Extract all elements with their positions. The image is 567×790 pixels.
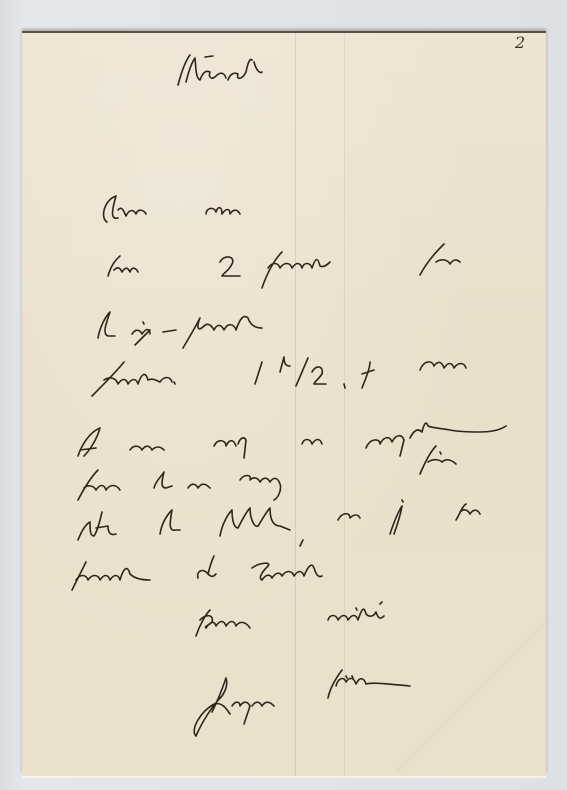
body-line-1-script [108, 244, 460, 288]
handwriting-layer [0, 0, 567, 790]
body-line-6-script [78, 500, 480, 546]
salutation-script [104, 196, 240, 222]
closing-script [196, 602, 384, 636]
signature-script [194, 670, 410, 736]
body-line-3-script [92, 357, 466, 396]
body-line-5-script [78, 446, 456, 500]
body-line-2-script [98, 312, 262, 348]
body-line-7-script [72, 556, 322, 590]
dateline-script [178, 55, 262, 85]
body-line-4-script [78, 423, 506, 458]
